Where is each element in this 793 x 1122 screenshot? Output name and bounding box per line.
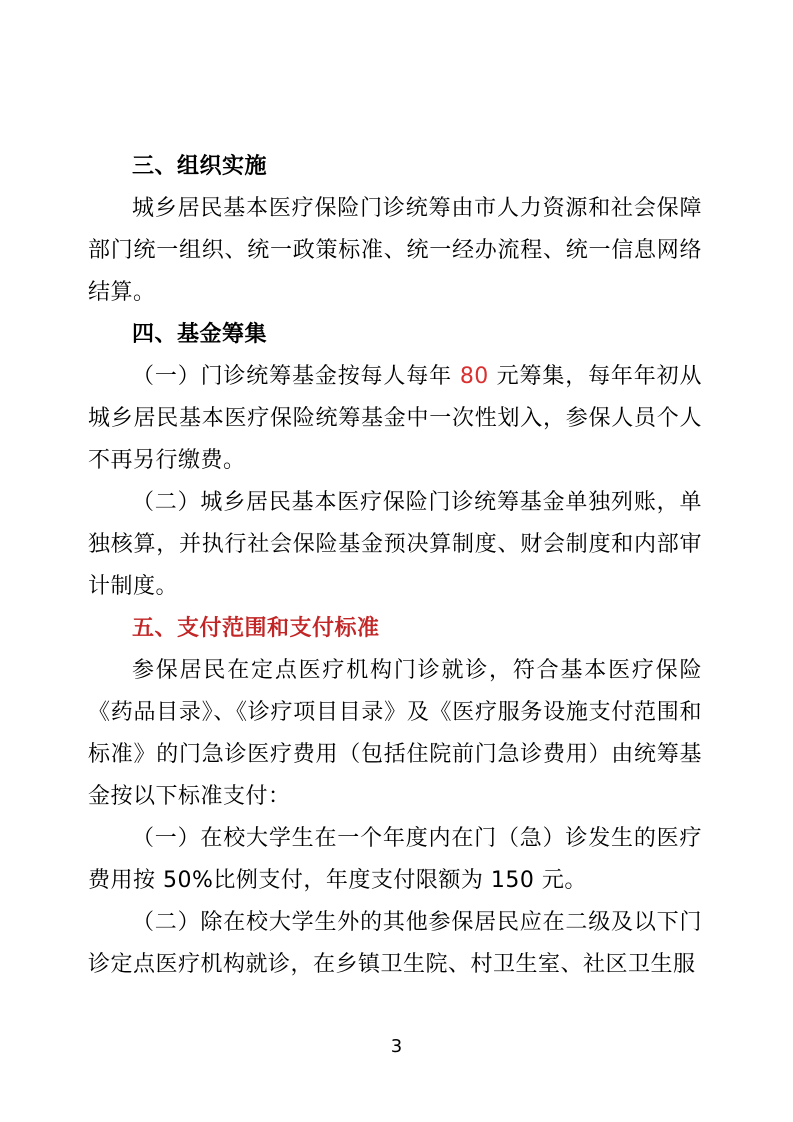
- paragraph: （二）除在校大学生外的其他参保居民应在二级及以下门诊定点医疗机构就诊，在乡镇卫生…: [88, 902, 702, 986]
- paragraph: （一）在校大学生在一个年度内在门（急）诊发生的医疗费用按 50%比例支付，年度支…: [88, 818, 702, 902]
- text-run: （二）除在校大学生外的其他参保居民应在二级及以下门诊定点医疗机构就诊，在乡镇卫生…: [88, 910, 702, 977]
- page-number: 3: [0, 1034, 793, 1060]
- text-run: 城乡居民基本医疗保险门诊统筹由市人力资源和社会保障部门统一组织、统一政策标准、统…: [88, 196, 702, 305]
- text-run: 参保居民在定点医疗机构门诊就诊，符合基本医疗保险《药品目录》、《诊疗项目目录》及…: [88, 658, 702, 809]
- text-run: 三、组织实施: [132, 154, 267, 179]
- text-run: （二）城乡居民基本医疗保险门诊统筹基金单独列账，单独核算，并执行社会保险基金预决…: [88, 490, 702, 599]
- paragraph: 城乡居民基本医疗保险门诊统筹由市人力资源和社会保障部门统一组织、统一政策标准、统…: [88, 188, 702, 314]
- paragraph: （二）城乡居民基本医疗保险门诊统筹基金单独列账，单独核算，并执行社会保险基金预决…: [88, 482, 702, 608]
- section-heading: 五、支付范围和支付标准: [88, 608, 702, 650]
- text-run: 四、基金筹集: [132, 322, 267, 347]
- section-heading: 四、基金筹集: [88, 314, 702, 356]
- paragraph: （一）门诊统筹基金按每人每年 80 元筹集，每年年初从城乡居民基本医疗保险统筹基…: [88, 356, 702, 482]
- text-run: （一）在校大学生在一个年度内在门（急）诊发生的医疗费用按 50%比例支付，年度支…: [88, 826, 702, 893]
- text-run: 五、支付范围和支付标准: [132, 616, 380, 641]
- section-heading: 三、组织实施: [88, 146, 702, 188]
- document-page: 三、组织实施城乡居民基本医疗保险门诊统筹由市人力资源和社会保障部门统一组织、统一…: [0, 0, 793, 1122]
- document-body: 三、组织实施城乡居民基本医疗保险门诊统筹由市人力资源和社会保障部门统一组织、统一…: [88, 146, 702, 986]
- highlighted-value: 80: [460, 364, 489, 389]
- text-run: （一）门诊统筹基金按每人每年: [132, 364, 460, 389]
- paragraph: 参保居民在定点医疗机构门诊就诊，符合基本医疗保险《药品目录》、《诊疗项目目录》及…: [88, 650, 702, 818]
